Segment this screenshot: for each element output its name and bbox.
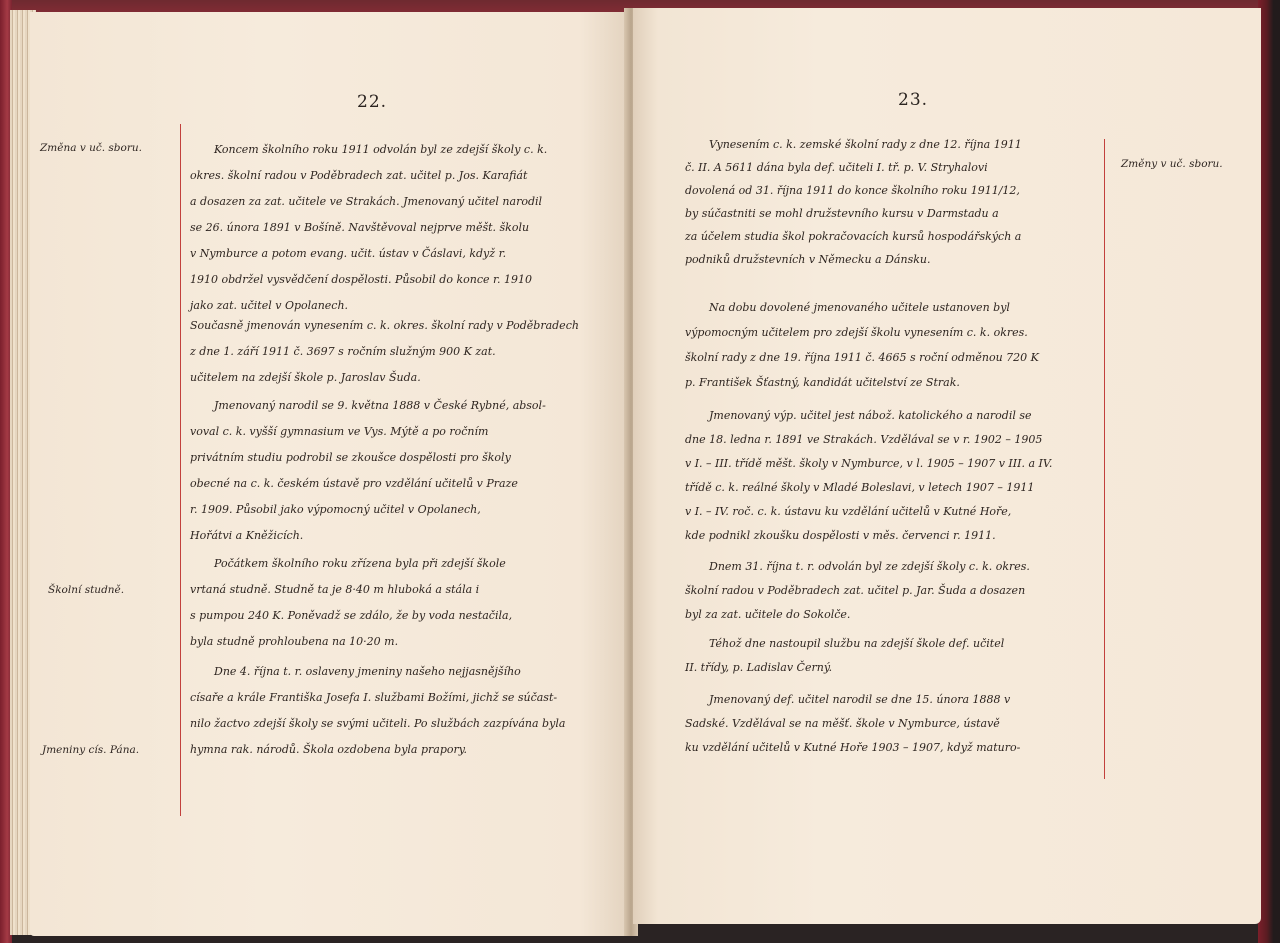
margin-note: Změny v uč. sboru. <box>1121 158 1223 170</box>
text-line: hymna rak. národů. Škola ozdobena byla p… <box>190 742 467 758</box>
text-line: Hořátvi a Kněžicích. <box>190 528 303 544</box>
margin-rule <box>1104 139 1105 779</box>
margin-rule <box>180 124 181 816</box>
right-page: 23. Změny v uč. sboru. Vynesením c. k. z… <box>633 8 1261 924</box>
text-line: z dne 1. září 1911 č. 3697 s ročním služ… <box>190 344 496 360</box>
text-line: Dne 4. října t. r. oslaveny jmeniny naše… <box>190 664 521 680</box>
text-line: byla studně prohloubena na 10·20 m. <box>190 634 398 650</box>
text-line: byl za zat. učitele do Sokolče. <box>685 607 850 623</box>
margin-note: Jmeniny cís. Pána. <box>42 744 139 756</box>
text-line: II. třídy, p. Ladislav Černý. <box>685 660 832 676</box>
text-line: obecné na c. k. českém ústavě pro vzdělá… <box>190 476 518 492</box>
text-line: Dnem 31. října t. r. odvolán byl ze zdej… <box>685 559 1030 575</box>
text-line: Jmenovaný def. učitel narodil se dne 15.… <box>685 692 1010 708</box>
text-line: Jmenovaný výp. učitel jest nábož. katoli… <box>685 408 1032 424</box>
text-line: učitelem na zdejší škole p. Jaroslav Šud… <box>190 370 421 386</box>
text-line: školní radou v Poděbradech zat. učitel p… <box>685 583 1025 599</box>
page-number: 22. <box>357 92 387 112</box>
text-line: okres. školní radou v Poděbradech zat. u… <box>190 168 527 184</box>
page-number: 23. <box>898 90 928 110</box>
text-line: výpomocným učitelem pro zdejší školu vyn… <box>685 325 1028 341</box>
text-line: r. 1909. Působil jako výpomocný učitel v… <box>190 502 481 518</box>
text-line: 1910 obdržel vysvědčení dospělosti. Půso… <box>190 272 532 288</box>
text-line: dovolená od 31. října 1911 do konce škol… <box>685 183 1020 199</box>
text-line: třídě c. k. reálné školy v Mladé Bolesla… <box>685 480 1034 496</box>
margin-note: Změna v uč. sboru. <box>40 142 142 154</box>
text-line: v I. – III. třídě měšt. školy v Nymburce… <box>685 456 1052 472</box>
text-line: Současně jmenován vynesením c. k. okres.… <box>190 318 579 334</box>
text-line: s pumpou 240 K. Poněvadž se zdálo, že by… <box>190 608 512 624</box>
text-line: v Nymburce a potom evang. učit. ústav v … <box>190 246 506 262</box>
text-line: ku vzdělání učitelů v Kutné Hoře 1903 – … <box>685 740 1020 756</box>
text-line: Koncem školního roku 1911 odvolán byl ze… <box>190 142 547 158</box>
text-line: voval c. k. vyšší gymnasium ve Vys. Mýtě… <box>190 424 488 440</box>
text-line: privátním studiu podrobil se zkoušce dos… <box>190 450 511 466</box>
text-line: Na dobu dovolené jmenovaného učitele ust… <box>685 300 1010 316</box>
text-line: p. František Šťastný, kandidát učitelstv… <box>685 375 960 391</box>
text-line: a dosazen za zat. učitele ve Strakách. J… <box>190 194 542 210</box>
text-line: císaře a krále Františka Josefa I. služb… <box>190 690 557 706</box>
text-line: Téhož dne nastoupil službu na zdejší ško… <box>685 636 1004 652</box>
text-line: by súčastniti se mohl družstevního kursu… <box>685 206 999 222</box>
text-line: č. II. A 5611 dána byla def. učiteli I. … <box>685 160 988 176</box>
text-line: za účelem studia škol pokračovacích kurs… <box>685 229 1021 245</box>
text-line: Počátkem školního roku zřízena byla při … <box>190 556 506 572</box>
cover-right-edge <box>1258 0 1280 943</box>
text-line: Jmenovaný narodil se 9. května 1888 v Če… <box>190 398 546 414</box>
text-line: dne 18. ledna r. 1891 ve Strakách. Vzděl… <box>685 432 1042 448</box>
text-line: se 26. února 1891 v Bošíně. Navštěvoval … <box>190 220 529 236</box>
text-line: Vynesením c. k. zemské školní rady z dne… <box>685 137 1022 153</box>
text-line: v I. – IV. roč. c. k. ústavu ku vzdělání… <box>685 504 1011 520</box>
text-line: kde podnikl zkoušku dospělosti v měs. če… <box>685 528 996 544</box>
margin-note: Školní studně. <box>48 584 124 596</box>
text-line: jako zat. učitel v Opolanech. <box>190 298 348 314</box>
text-line: nilo žactvo zdejší školy se svými učitel… <box>190 716 565 732</box>
text-line: vrtaná studně. Studně ta je 8·40 m hlubo… <box>190 582 479 598</box>
left-page: 22. Změna v uč. sboru. Školní studně. Jm… <box>30 12 628 936</box>
text-line: školní rady z dne 19. října 1911 č. 4665… <box>685 350 1039 366</box>
text-line: podniků družstevních v Německu a Dánsku. <box>685 252 930 268</box>
text-line: Sadské. Vzdělával se na měšť. škole v Ny… <box>685 716 1000 732</box>
